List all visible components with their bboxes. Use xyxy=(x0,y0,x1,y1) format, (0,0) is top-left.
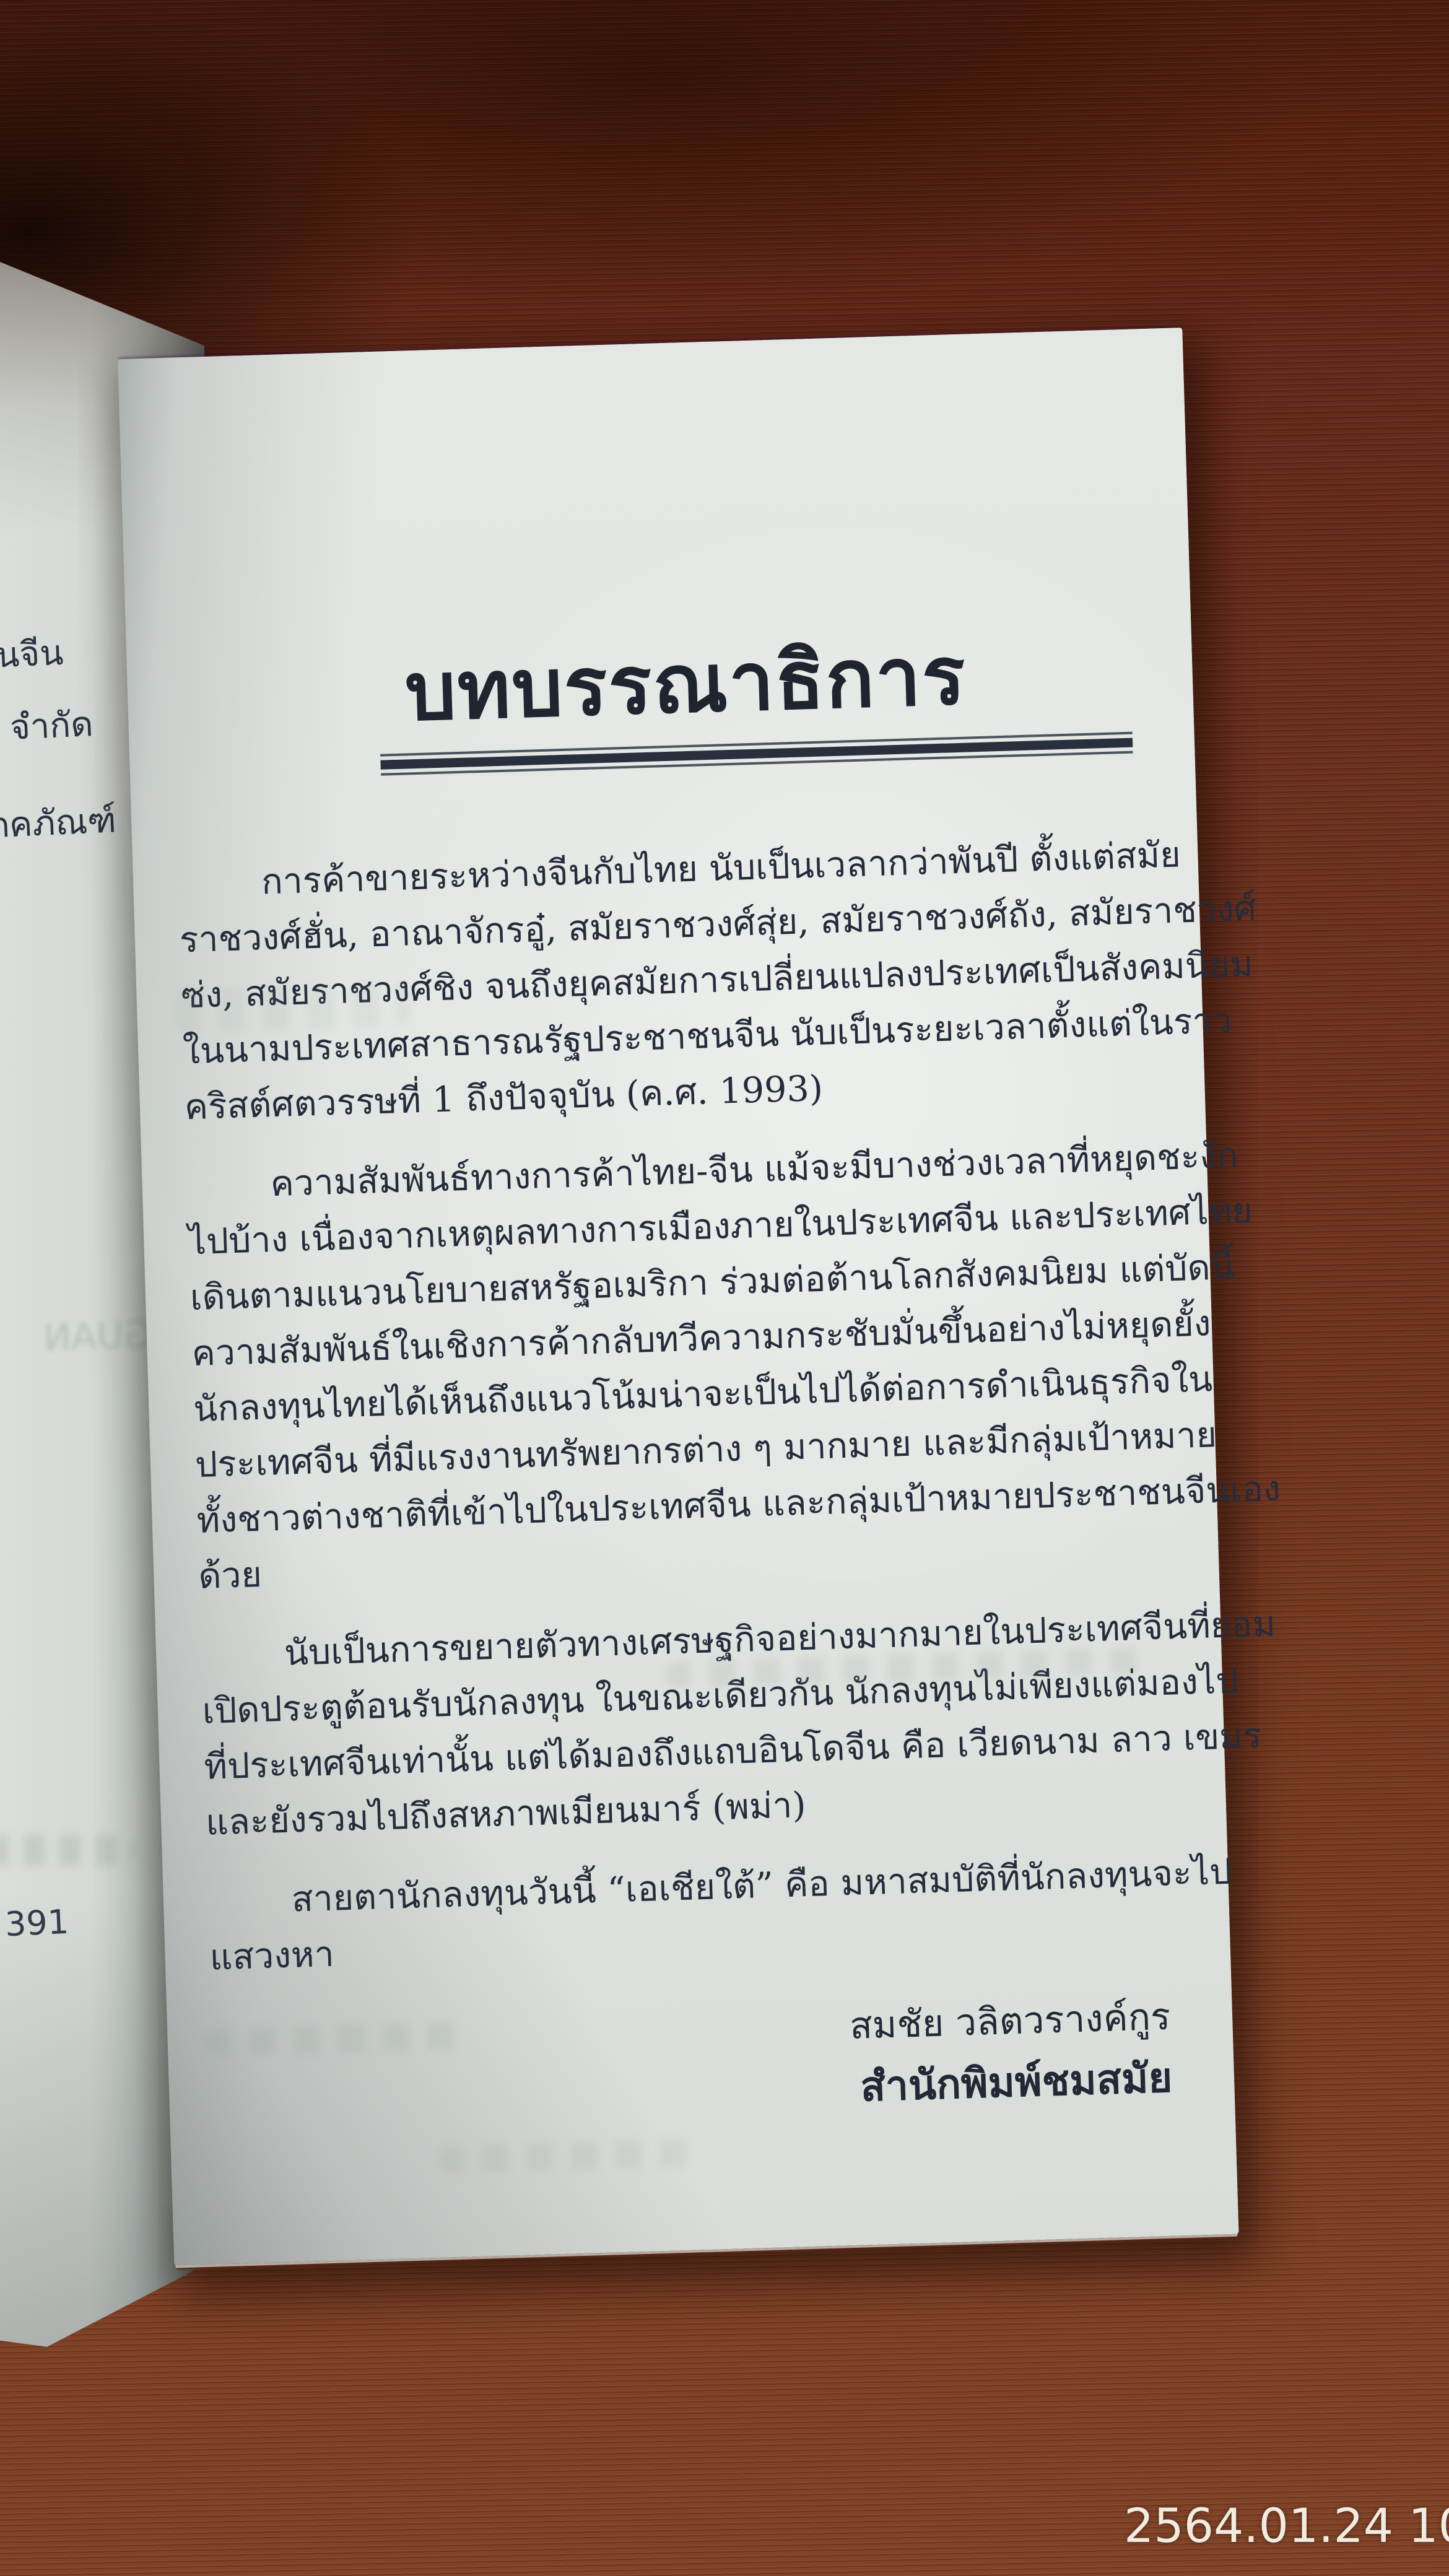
facing-page-number: 391 xyxy=(4,1900,70,1946)
bleedthrough-smudge xyxy=(437,2139,698,2173)
bleedthrough-smudge xyxy=(173,982,410,1032)
signature-publisher: สำนักพิมพ์ชมสมัย xyxy=(851,2053,1173,2112)
paragraph: การค้าขายระหว่างจีนกับไทย นับเป็นเวลากว่… xyxy=(177,827,1201,1135)
paragraph: ความสัมพันธ์ทางการค้าไทย-จีน แม้จะมีบางช… xyxy=(186,1129,1214,1604)
signature-block: สมชัย วลิตวรางค์กูร สำนักพิมพ์ชมสมัย xyxy=(849,1993,1173,2112)
signature-author: สมชัย วลิตวรางค์กูร xyxy=(849,1993,1171,2050)
bleedthrough-smudge xyxy=(204,2021,471,2056)
bleedthrough-text: GUAN xyxy=(43,1313,154,1360)
bleedthrough-smudge xyxy=(0,1835,136,1866)
book-photo: ชนจีน จำกัด ภคภัณฑ์ 391 GUAN บทบรรณาธิกา… xyxy=(0,0,1449,2576)
paragraph: นับเป็นการขยายตัวทางเศรษฐกิจอย่างมากมายใ… xyxy=(200,1598,1222,1850)
facing-page-fragment: จำกัด xyxy=(9,703,94,750)
facing-page-fragment: ภคภัณฑ์ xyxy=(0,799,117,848)
facing-page-fragment: ชนจีน xyxy=(0,632,64,679)
paragraph: สายตานักลงทุนวันนี้ “เอเชียใต้” คือ มหาส… xyxy=(207,1844,1226,1986)
main-page: บทบรรณาธิการ การค้าขายระหว่างจีนกับไทย น… xyxy=(118,328,1239,2266)
camera-timestamp: 2564.01.24 10:39 xyxy=(1124,2498,1449,2553)
page-title: บทบรรณาธิการ xyxy=(403,612,968,756)
